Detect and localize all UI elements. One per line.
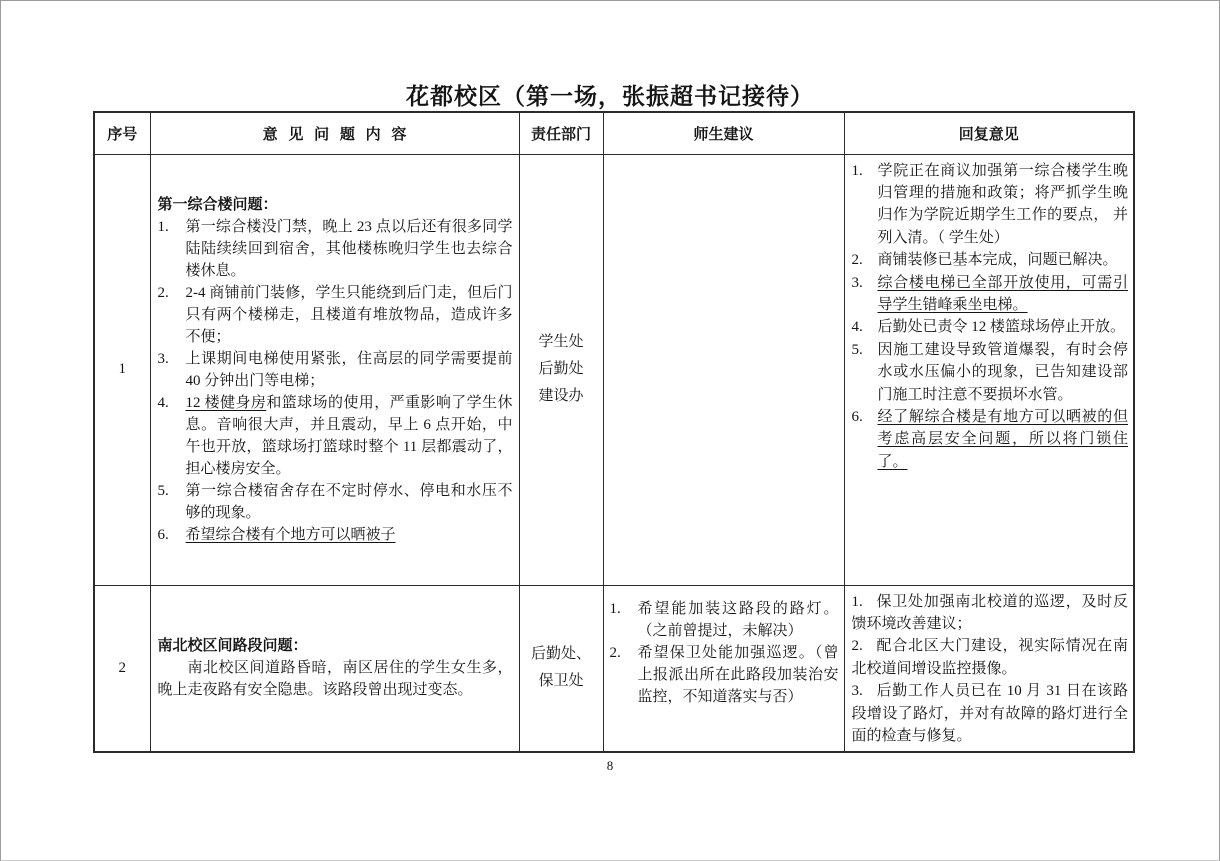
header-content: 意 见 问 题 内 容: [150, 112, 519, 154]
list-item-text: 2-4 商铺前门装修，学生只能绕到后门走，但后门只有两个楼梯走，且楼道有堆放物品…: [186, 282, 513, 348]
header-no: 序号: [94, 112, 150, 154]
list-item-number: 1.: [158, 216, 186, 282]
table-row: 1 第一综合楼问题： 1.第一综合楼没门禁，晚上 23 点以后还有很多同学陆陆续…: [94, 154, 1134, 585]
list-item: 3.上课期间电梯使用紧张，住高层的同学需要提前 40 分钟出门等电梯；: [158, 348, 513, 392]
list-item: 4.12 楼健身房和篮球场的使用，严重影响了学生休息。音响很大声，并且震动，早上…: [158, 392, 513, 480]
list-item-text: 学院正在商议加强第一综合楼学生晚归管理的措施和政策；将严抓学生晚归作为学院近期学…: [878, 160, 1129, 250]
list-item: 1.学院正在商议加强第一综合楼学生晚归管理的措施和政策；将严抓学生晚归作为学院近…: [852, 160, 1129, 250]
department-line: 后勤处: [520, 356, 603, 383]
list-item-number: 5.: [852, 339, 878, 406]
document-page: { "page": { "title": "花都校区（第一场，张振超书记接待）"…: [0, 0, 1220, 861]
list-item-text: 希望能加装这路段的路灯。（之前曾提过，未解决）: [638, 598, 839, 642]
row2-content-paragraph: 南北校区间道路昏暗，南区居住的学生女生多，晚上走夜路有安全隐患。该路段曾出现过变…: [158, 657, 513, 701]
list-item-number: 6.: [852, 406, 878, 473]
row2-content-cell: 南北校区间路段问题： 南北校区间道路昏暗，南区居住的学生女生多，晚上走夜路有安全…: [150, 585, 519, 752]
list-item: 5.因施工建设导致管道爆裂，有时会停水或水压偏小的现象，已告知建设部门施工时注意…: [852, 339, 1129, 406]
list-item: 4.后勤处已责令 12 楼篮球场停止开放。: [852, 316, 1129, 338]
list-item-number: 4.: [158, 392, 186, 480]
list-item-number: 2.: [852, 249, 878, 271]
row1-serial: 1: [94, 154, 150, 585]
list-item: 3.后勤工作人员已在 10 月 31 日在该路段增设了路灯，并对有故障的路灯进行…: [852, 680, 1129, 747]
list-item-number: 3.: [852, 683, 863, 699]
list-item: 6.希望综合楼有个地方可以晒被子: [158, 524, 513, 546]
list-item-text: 上课期间电梯使用紧张，住高层的同学需要提前 40 分钟出门等电梯；: [186, 348, 513, 392]
list-item-text: 后勤工作人员已在 10 月 31 日在该路段增设了路灯，并对有故障的路灯进行全面…: [852, 683, 1129, 744]
row2-reply-items: 1.保卫处加强南北校道的巡逻，及时反馈环境改善建议；2.配合北区大门建设，视实际…: [852, 591, 1129, 748]
department-line: 学生处: [520, 329, 603, 356]
list-item-text: 配合北区大门建设，视实际情况在南北校道间增设监控摄像。: [852, 638, 1129, 676]
list-item-text: 希望综合楼有个地方可以晒被子: [186, 524, 513, 546]
list-item: 2.2-4 商铺前门装修，学生只能绕到后门走，但后门只有两个楼梯走，且楼道有堆放…: [158, 282, 513, 348]
list-item: 5.第一综合楼宿舍存在不定时停水、停电和水压不够的现象。: [158, 480, 513, 524]
row1-suggestions-cell: [603, 154, 844, 585]
row2-serial: 2: [94, 585, 150, 752]
row2-content-heading: 南北校区间路段问题：: [158, 635, 513, 657]
list-item: 1.保卫处加强南北校道的巡逻，及时反馈环境改善建议；: [852, 591, 1129, 636]
list-item-text: 12 楼健身房和篮球场的使用，严重影响了学生休息。音响很大声，并且震动，早上 6…: [186, 392, 513, 480]
header-row: 序号 意 见 问 题 内 容 责任部门 师生建议 回复意见: [94, 112, 1134, 154]
table-row: 2 南北校区间路段问题： 南北校区间道路昏暗，南区居住的学生女生多，晚上走夜路有…: [94, 585, 1134, 752]
list-item-text: 后勤处已责令 12 楼篮球场停止开放。: [878, 316, 1129, 338]
list-item: 3.综合楼电梯已全部开放使用，可需引导学生错峰乘坐电梯。: [852, 272, 1129, 317]
list-item-text: 保卫处加强南北校道的巡逻，及时反馈环境改善建议；: [852, 594, 1129, 632]
list-item-number: 3.: [158, 348, 186, 392]
list-item-text: 第一综合楼宿舍存在不定时停水、停电和水压不够的现象。: [186, 480, 513, 524]
row1-reply-items: 1.学院正在商议加强第一综合楼学生晚归管理的措施和政策；将严抓学生晚归作为学院近…: [852, 160, 1129, 474]
list-item-number: 4.: [852, 316, 878, 338]
row2-replies-cell: 1.保卫处加强南北校道的巡逻，及时反馈环境改善建议；2.配合北区大门建设，视实际…: [844, 585, 1134, 752]
list-item-number: 5.: [158, 480, 186, 524]
department-line: 建设办: [520, 383, 603, 410]
row1-department-cell: 学生处后勤处建设办: [519, 154, 603, 585]
list-item-text: 希望保卫处能加强巡逻。（曾上报派出所在此路段加装治安监控，不知道落实与否）: [638, 642, 839, 708]
list-item-number: 2.: [158, 282, 186, 348]
row1-replies-cell: 1.学院正在商议加强第一综合楼学生晚归管理的措施和政策；将严抓学生晚归作为学院近…: [844, 154, 1134, 585]
row2-suggestion-items: 1.希望能加装这路段的路灯。（之前曾提过，未解决）2.希望保卫处能加强巡逻。（曾…: [610, 598, 839, 708]
list-item-text: 商铺装修已基本完成，问题已解决。: [878, 249, 1129, 271]
row1-department-lines: 学生处后勤处建设办: [520, 329, 603, 410]
list-item-number: 1.: [852, 594, 863, 610]
list-item-number: 1.: [610, 598, 638, 642]
list-item: 1.第一综合楼没门禁，晚上 23 点以后还有很多同学陆陆续续回到宿舍，其他楼栋晚…: [158, 216, 513, 282]
list-item-number: 1.: [852, 160, 878, 250]
row2-department-lines: 后勤处、保卫处: [520, 641, 603, 695]
page-number: 8: [1, 758, 1219, 774]
row1-content-heading: 第一综合楼问题：: [158, 194, 513, 216]
list-item-text: 综合楼电梯已全部开放使用，可需引导学生错峰乘坐电梯。: [878, 272, 1129, 317]
list-item-text: 第一综合楼没门禁，晚上 23 点以后还有很多同学陆陆续续回到宿舍，其他楼栋晚归学…: [186, 216, 513, 282]
list-item-number: 2.: [852, 638, 863, 654]
page-title: 花都校区（第一场，张振超书记接待）: [1, 78, 1219, 111]
header-department: 责任部门: [519, 112, 603, 154]
list-item-text: 经了解综合楼是有地方可以晒被的但考虑高层安全问题，所以将门锁住了。: [878, 406, 1129, 473]
list-item-text: 因施工建设导致管道爆裂，有时会停水或水压偏小的现象，已告知建设部门施工时注意不要…: [878, 339, 1129, 406]
list-item: 2.商铺装修已基本完成，问题已解决。: [852, 249, 1129, 271]
list-item: 2.希望保卫处能加强巡逻。（曾上报派出所在此路段加装治安监控，不知道落实与否）: [610, 642, 839, 708]
row2-department-cell: 后勤处、保卫处: [519, 585, 603, 752]
list-item-number: 3.: [852, 272, 878, 317]
list-item-number: 6.: [158, 524, 186, 546]
department-line: 保卫处: [520, 668, 603, 695]
row1-content-cell: 第一综合楼问题： 1.第一综合楼没门禁，晚上 23 点以后还有很多同学陆陆续续回…: [150, 154, 519, 585]
header-suggestions: 师生建议: [603, 112, 844, 154]
row1-content-items: 1.第一综合楼没门禁，晚上 23 点以后还有很多同学陆陆续续回到宿舍，其他楼栋晚…: [158, 216, 513, 546]
department-line: 后勤处、: [520, 641, 603, 668]
list-item: 6.经了解综合楼是有地方可以晒被的但考虑高层安全问题，所以将门锁住了。: [852, 406, 1129, 473]
feedback-table: 序号 意 见 问 题 内 容 责任部门 师生建议 回复意见 1 第一综合楼问题：…: [93, 111, 1135, 753]
row2-suggestions-cell: 1.希望能加装这路段的路灯。（之前曾提过，未解决）2.希望保卫处能加强巡逻。（曾…: [603, 585, 844, 752]
list-item: 1.希望能加装这路段的路灯。（之前曾提过，未解决）: [610, 598, 839, 642]
header-replies: 回复意见: [844, 112, 1134, 154]
list-item: 2.配合北区大门建设，视实际情况在南北校道间增设监控摄像。: [852, 635, 1129, 680]
list-item-number: 2.: [610, 642, 638, 708]
